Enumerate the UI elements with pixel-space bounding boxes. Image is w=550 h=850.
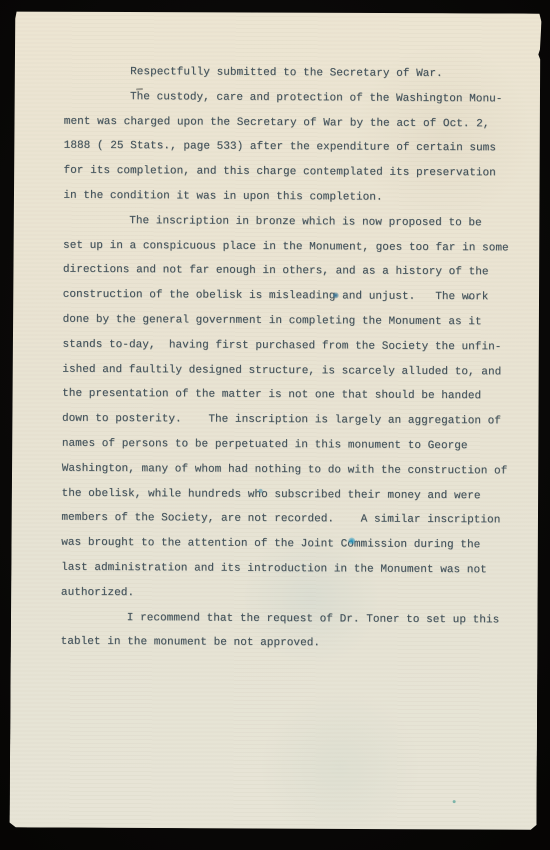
document-line: construction of the obelisk is misleadin… (63, 283, 522, 311)
document-line: ished and faultily designed structure, i… (62, 357, 521, 385)
document-line: done by the general government in comple… (63, 308, 522, 336)
document-line: The inscription in bronze which is now p… (63, 208, 522, 236)
document-line: Respectfully submitted to the Secretary … (64, 60, 523, 88)
document-line: the obelisk, while hundreds who subscrib… (61, 481, 520, 509)
document-line: directions and not far enough in others,… (63, 258, 522, 286)
document-page: Respectfully submitted to the Secretary … (10, 10, 542, 830)
document-line: ment was charged upon the Secretary of W… (64, 109, 523, 137)
document-line: for its completion, and this charge cont… (63, 159, 522, 187)
document-line: Washington, many of whom had nothing to … (62, 456, 521, 484)
document-lines: Respectfully submitted to the Secretary … (61, 60, 524, 658)
document-line: down to posterity. The inscription is la… (62, 407, 521, 435)
document-line: was brought to the attention of the Join… (61, 531, 520, 559)
document-line: members of the Society, are not recorded… (61, 506, 520, 534)
document-line: last administration and its introduction… (61, 556, 520, 584)
document-line: set up in a conspicuous place in the Mon… (63, 233, 522, 261)
document-line: The custody, care and protection of the … (64, 84, 523, 112)
document-line: 1888 ( 25 Stats., page 533) after the ex… (64, 134, 523, 162)
document-line: authorized. (61, 580, 520, 608)
ink-speck (453, 800, 456, 803)
document-line: tablet in the monument be not approved. (61, 630, 520, 658)
document-line: names of persons to be perpetuated in th… (62, 432, 521, 460)
document-line: the presentation of the matter is not on… (62, 382, 521, 410)
document-line: stands to-day, having first purchased fr… (62, 332, 521, 360)
scan-background: Respectfully submitted to the Secretary … (0, 0, 550, 850)
document-line: I recommend that the request of Dr. Tone… (61, 605, 520, 633)
document-line: in the condition it was in upon this com… (63, 184, 522, 212)
